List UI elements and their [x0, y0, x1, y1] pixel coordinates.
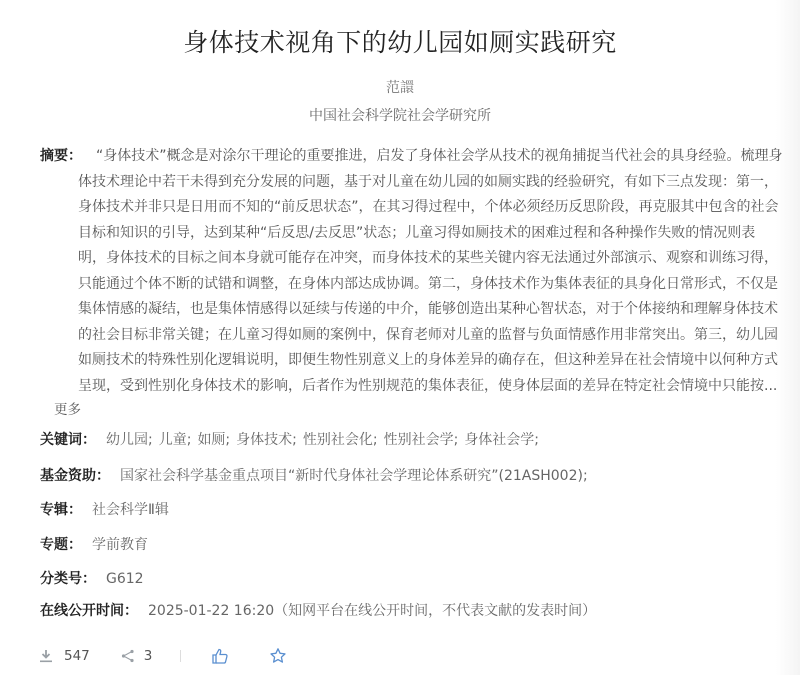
keyword-link[interactable]: 幼儿园;	[106, 432, 153, 448]
keyword-link[interactable]: 如厕;	[197, 432, 230, 448]
keyword-link[interactable]: 性别社会学;	[384, 432, 459, 448]
topic-label: 专题：	[40, 537, 82, 553]
topic-row: 专题：学前教育	[40, 535, 148, 555]
download-count: 547	[64, 648, 90, 664]
abstract-more-link[interactable]: 更多	[54, 400, 81, 420]
abstract-label: 摘要：	[40, 144, 82, 170]
article-detail-page: 身体技术视角下的幼儿园如厕实践研究 范譞 中国社会科学院社会学研究所 摘要： “…	[0, 0, 800, 675]
abstract-line: 呈现，受到性别化身体技术的影响，后者作为性别规范的集体表征，使身体层面的差异在特…	[78, 374, 777, 400]
keyword-link[interactable]: 身体技术;	[236, 432, 297, 448]
download-count-button[interactable]: 547	[38, 648, 90, 664]
author-name[interactable]: 范譞	[0, 78, 800, 98]
action-bar: 547 3	[38, 645, 287, 667]
share-button[interactable]: 3	[120, 648, 153, 664]
topic-value: 学前教育	[92, 537, 148, 553]
download-icon	[38, 648, 54, 664]
classification-value: G612	[106, 571, 144, 587]
abstract-line: 明，身体技术的目标之间本身就可能存在冲突，而身体技术的某些关键内容无法通过外部演…	[78, 246, 778, 272]
share-icon	[120, 648, 136, 664]
funding-value[interactable]: 国家社会科学基金重点项目“新时代身体社会学理论体系研究”(21ASH002);	[120, 468, 588, 484]
abstract-line: 目标和知识的引导，达到某种“后反思/去反思”状态；儿童习得如厕技术的困难过程和各…	[78, 221, 755, 247]
keywords-row: 关键词：幼儿园;儿童;如厕;身体技术;性别社会化;性别社会学;身体社会学;	[40, 430, 539, 450]
abstract-line: “身体技术”概念是对涂尔干理论的重要推进，启发了身体社会学从技术的视角捕捉当代社…	[96, 144, 783, 170]
funding-label: 基金资助：	[40, 468, 110, 484]
online-time-row: 在线公开时间：2025-01-22 16:20（知网平台在线公开时间，不代表文献…	[40, 601, 596, 621]
online-time-value: 2025-01-22 16:20（知网平台在线公开时间，不代表文献的发表时间）	[148, 603, 596, 619]
classification-label: 分类号：	[40, 571, 96, 587]
keywords-label: 关键词：	[40, 432, 96, 448]
keyword-link[interactable]: 儿童;	[159, 432, 192, 448]
online-time-label: 在线公开时间：	[40, 603, 138, 619]
abstract-line: 的社会目标非常关键；在儿童习得如厕的案例中，保育老师对儿童的监督与负面情感作用非…	[78, 323, 778, 349]
thumbs-up-icon	[211, 647, 229, 665]
album-value: 社会科学Ⅱ辑	[92, 502, 169, 518]
abstract-line: 身体技术并非只是日用而不知的“前反思状态”，在其习得过程中，个体必须经历反思阶段…	[78, 195, 779, 221]
star-icon	[269, 647, 287, 665]
abstract-line: 集体情感的凝结，也是集体情感得以延续与传递的中介，能够创造出某种心智状态，对于个…	[78, 297, 778, 323]
classification-row: 分类号：G612	[40, 569, 144, 589]
author-organization[interactable]: 中国社会科学院社会学研究所	[0, 106, 800, 126]
abstract-line: 体技术理论中若干未得到充分发展的问题，基于对儿童在幼儿园的如厕实践的经验研究，有…	[78, 170, 778, 196]
abstract-line: 如厕技术的特殊性别化逻辑说明，即便生物性别意义上的身体差异的确存在，但这种差异在…	[78, 348, 778, 374]
favorite-button[interactable]	[269, 647, 287, 665]
share-count: 3	[144, 648, 153, 664]
like-button[interactable]	[211, 647, 229, 665]
divider	[180, 650, 181, 662]
funding-row: 基金资助：国家社会科学基金重点项目“新时代身体社会学理论体系研究”(21ASH0…	[40, 466, 588, 486]
abstract-line: 只能通过个体不断的试错和调整，在身体内部达成协调。第二，身体技术作为集体表征的具…	[78, 272, 778, 298]
article-title: 身体技术视角下的幼儿园如厕实践研究	[0, 26, 800, 60]
album-label: 专辑：	[40, 502, 82, 518]
keyword-link[interactable]: 性别社会化;	[303, 432, 378, 448]
album-row: 专辑：社会科学Ⅱ辑	[40, 500, 169, 520]
keyword-link[interactable]: 身体社会学;	[464, 432, 539, 448]
